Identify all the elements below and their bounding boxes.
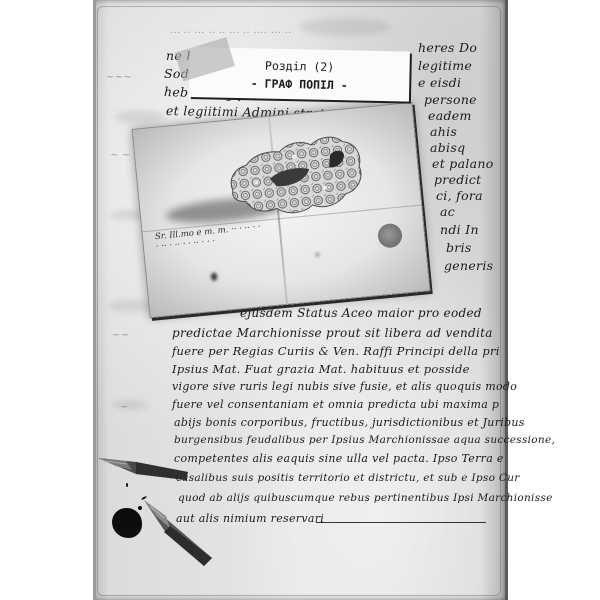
manuscript-fragment: eadem: [428, 108, 472, 123]
manuscript-fragment: persone: [424, 92, 477, 107]
chapter-number: Розділ (2): [189, 57, 409, 76]
manuscript-fragment: ci, fora: [436, 188, 483, 203]
manuscript-line: ejusdem Status Aceo maior pro eoded: [240, 306, 482, 320]
envelope-photo: Sr. Ill.mo e m. m. ·· · ·· · ·· ·· · ·· …: [132, 102, 431, 318]
manuscript-line: vigore sive ruris legi nubis sive fusie,…: [172, 380, 517, 393]
ink-splash: [126, 483, 128, 487]
manuscript-fragment: ac: [440, 204, 455, 219]
manuscript-line: Ipsius Mat. Fuat grazia Mat. habituus et…: [172, 362, 470, 376]
ink-splash: [114, 526, 117, 529]
chapter-banner: Розділ (2) - ГРАФ ПОПІЛ -: [189, 47, 410, 102]
closing-rule: [316, 522, 486, 523]
aging-smudge: [300, 18, 390, 36]
manuscript-line: burgensibus feudalibus per Ipsius Marchi…: [174, 434, 555, 446]
envelope-script: Sr. Ill.mo e m. m. ·· · ·· · ·· ·· · ·· …: [155, 222, 263, 252]
manuscript-fragment: ahis: [430, 124, 457, 139]
manuscript-fragment: bris: [446, 240, 472, 255]
page-edge: [93, 0, 96, 600]
pen-nib-icon: [96, 452, 196, 484]
manuscript-fragment: ndi In: [440, 222, 479, 237]
manuscript-line: abijs bonis corporibus, fructibus, juris…: [174, 416, 525, 429]
manuscript-fragment: legitime: [418, 58, 472, 73]
margin-mark: ~ ~: [110, 150, 131, 161]
manuscript-line: quod ab alijs quibuscumque rebus pertine…: [178, 492, 553, 504]
manuscript-line: competentes alis eaquis sine ulla vel pa…: [174, 452, 504, 465]
aging-smudge: [112, 400, 148, 410]
chapter-title: - ГРАФ ПОПІЛ -: [189, 75, 409, 94]
margin-mark: ~: [120, 402, 129, 413]
aging-smudge: [115, 110, 165, 124]
manuscript-fragment: predict: [434, 172, 482, 187]
manuscript-fragment: e eisdi: [418, 75, 461, 90]
manuscript-line: fuere per Regias Curiis & Ven. Raffi Pri…: [172, 344, 500, 358]
pen-nib-icon: [140, 496, 220, 568]
ink-splash: [138, 506, 142, 510]
manuscript-fragment: generis: [444, 258, 493, 273]
aging-smudge: [108, 300, 152, 312]
manuscript-line: predictae Marchionisse prout sit libera …: [172, 326, 493, 340]
manuscript-fragment: et palano: [432, 156, 494, 171]
manuscript-line-faint: ··· ·· ··· ·· ·· ··· ·· ···· ··· ··: [170, 28, 292, 39]
wax-seal-icon: [377, 223, 403, 249]
manuscript-fragment: heres Do: [418, 40, 477, 55]
manuscript-fragment: abisq: [430, 140, 465, 155]
margin-mark: ~~~: [106, 72, 132, 83]
manuscript-line: casalibus suis positis territorio et dis…: [176, 472, 520, 484]
ink-spot: [315, 253, 319, 257]
lace-mask-icon: [222, 130, 369, 221]
manuscript-line: fuere vel consentaniam et omnia predicta…: [172, 398, 499, 411]
ink-spot: [211, 272, 218, 281]
margin-mark: ~~: [112, 330, 129, 341]
ink-blot-icon: [112, 508, 142, 538]
